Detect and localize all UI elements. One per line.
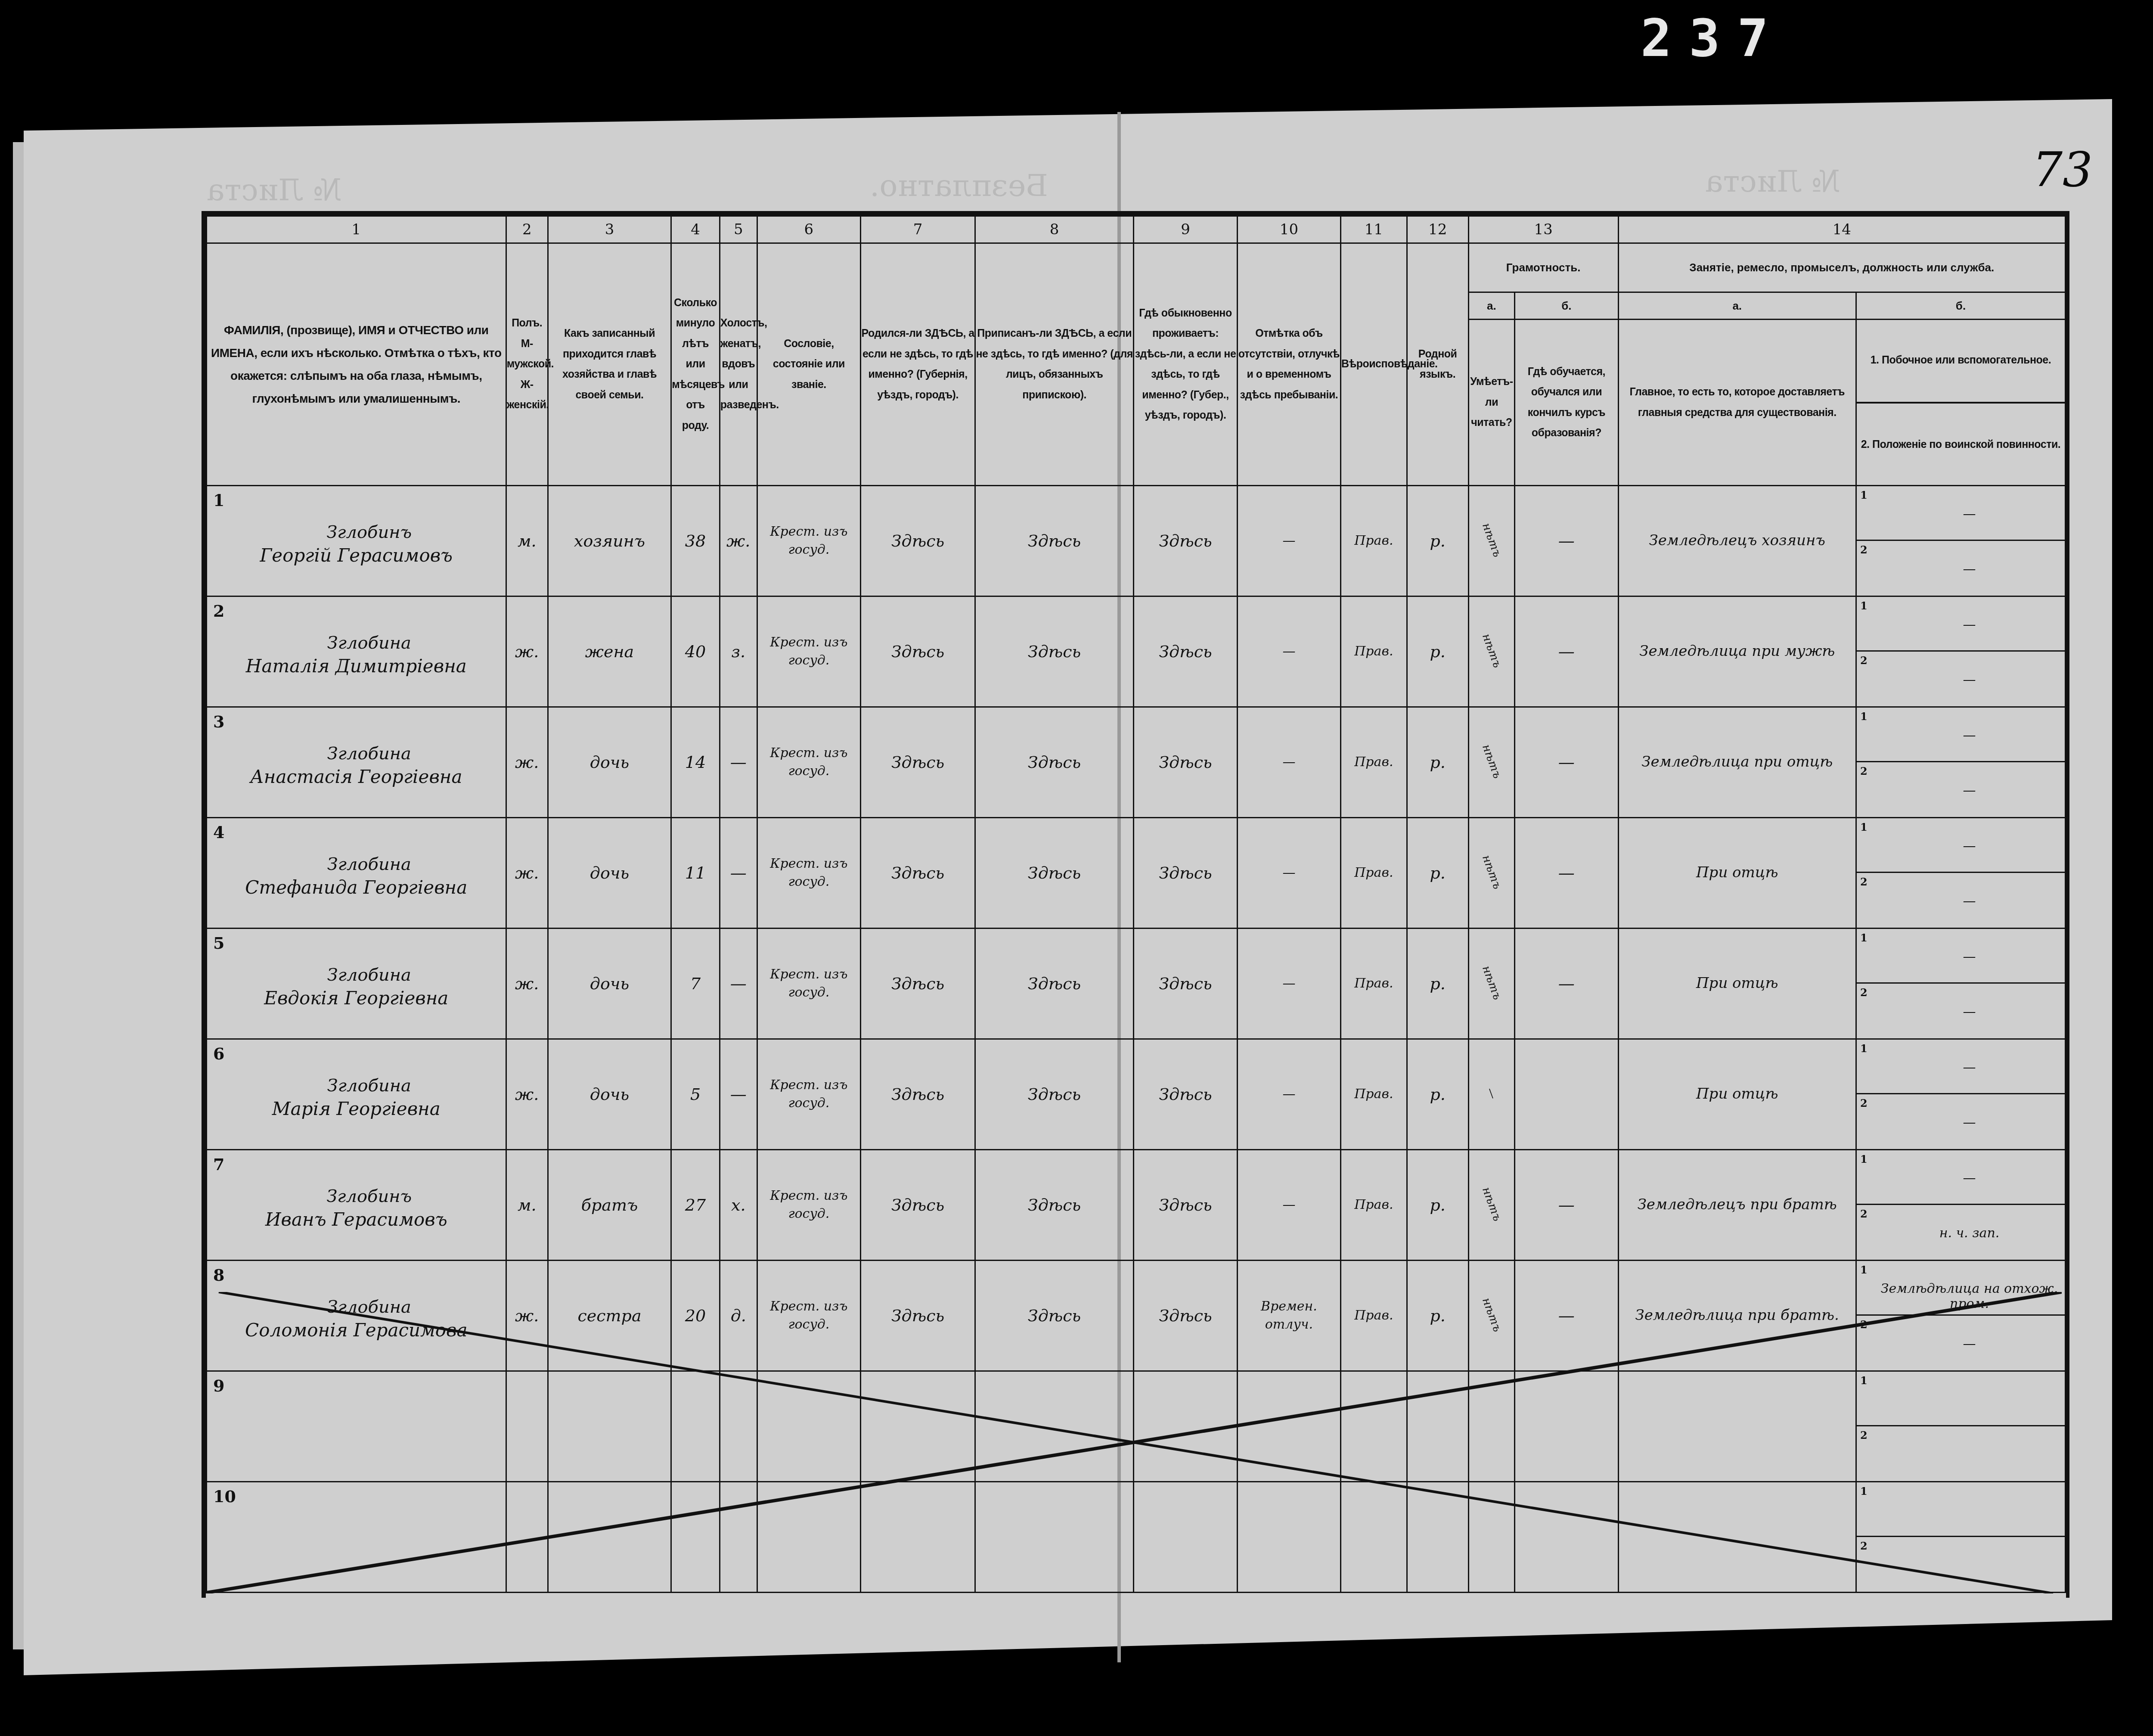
col-num-11: 11 (1341, 216, 1407, 243)
can-read-value: нѣтъ (1480, 964, 1504, 1001)
ghost-print-center: Безплатно. (870, 168, 1048, 203)
row-number: 8 (213, 1265, 224, 1285)
residence-cell: Здѣсь (1134, 818, 1237, 929)
side-occupation-value: — (1878, 506, 2060, 522)
table-row: 4 Зглобина Стефанида Георгіевна ж. дочь … (207, 818, 2066, 929)
header-schooling: Гдѣ обучается, обучался или кончилъ курс… (1515, 320, 1618, 486)
col-num-3: 3 (548, 216, 671, 243)
schooling-cell: — (1515, 818, 1618, 929)
occupation-cell: При отцѣ (1618, 929, 1856, 1039)
can-read-value: нѣтъ (1480, 1185, 1504, 1223)
registered-cell: Здѣсь (975, 1150, 1134, 1261)
military-value: н. ч. зап. (1878, 1226, 2060, 1241)
given-name-patronymic: Анастасія Георгіевна (207, 766, 506, 787)
header-literacy-a-label: а. (1468, 292, 1514, 319)
residence-cell: Здѣсь (1134, 1261, 1237, 1371)
side-occupation-value: — (1878, 1060, 2060, 1075)
military-subcell: 2— (1857, 1316, 2065, 1370)
secondary-cell: 1— 2н. ч. зап. (1856, 1150, 2065, 1261)
header-marital: Холостъ, женатъ, вдовъ или разведенъ. (720, 243, 757, 486)
header-registered: Приписанъ-ли ЗДѢСЬ, а если не здѣсь, то … (975, 243, 1134, 486)
side-occupation-subcell: 1— (1857, 1150, 2065, 1205)
secondary-cell: 1— 2— (1856, 596, 2065, 707)
marital-cell: — (720, 1039, 757, 1150)
age-cell: 27 (671, 1150, 720, 1261)
side-occupation-subcell: 1— (1857, 708, 2065, 762)
row-number: 1 (213, 491, 224, 510)
military-subcell: 2— (1857, 1094, 2065, 1149)
language-cell: р. (1407, 929, 1468, 1039)
age-cell: 7 (671, 929, 720, 1039)
absence-cell: — (1237, 929, 1340, 1039)
empty-cell (1618, 1371, 1856, 1482)
census-form-table: 1 2 3 4 5 6 7 8 9 10 11 12 13 14 ФАМИЛІЯ… (202, 211, 2069, 1598)
empty-cell (861, 1371, 975, 1482)
empty-cell (548, 1371, 671, 1482)
side-occupation-subcell: 1— (1857, 1040, 2065, 1094)
side-occupation-value: Землѣдѣлица на отхож. пром. (1878, 1281, 2060, 1311)
given-name-patronymic: Георгій Герасимовъ (207, 545, 506, 566)
relation-cell: дочь (548, 1039, 671, 1150)
header-literacy-b-label: б. (1515, 292, 1618, 319)
sex-cell: м. (506, 1150, 548, 1261)
residence-cell: Здѣсь (1134, 707, 1237, 818)
side-occupation-subcell: 1— (1857, 818, 2065, 873)
registered-cell: Здѣсь (975, 1039, 1134, 1150)
religion-cell: Прав. (1341, 707, 1407, 818)
absence-cell: — (1237, 1150, 1340, 1261)
given-name-patronymic: Марія Георгіевна (207, 1098, 506, 1119)
occupation-cell: Земледѣлецъ при братѣ (1618, 1150, 1856, 1261)
header-age: Сколько минуло лѣтъ или мѣсяцевъ отъ род… (671, 243, 720, 486)
marital-cell: з. (720, 596, 757, 707)
row-number: 6 (213, 1044, 224, 1063)
side-occupation-value: — (1878, 728, 2060, 743)
col-num-1: 1 (207, 216, 506, 243)
side-occupation-value: — (1878, 838, 2060, 854)
age-cell: 11 (671, 818, 720, 929)
residence-cell: Здѣсь (1134, 929, 1237, 1039)
estate-cell: Крест. изъ госуд. (757, 1150, 860, 1261)
archive-stamp: 237 (1641, 9, 1786, 68)
surname: Зглобина (207, 854, 506, 874)
military-subcell: 2— (1857, 873, 2065, 928)
military-subcell: 2— (1857, 762, 2065, 817)
marital-cell: д. (720, 1261, 757, 1371)
religion-cell: Прав. (1341, 1261, 1407, 1371)
residence-cell: Здѣсь (1134, 1150, 1237, 1261)
ghost-print-right: № Листа (1705, 164, 1840, 199)
empty-cell (1237, 1371, 1340, 1482)
military-value: — (1878, 1336, 2060, 1351)
header-occupation-b-label: б. (1856, 292, 2065, 319)
given-name-patronymic: Стефанида Георгіевна (207, 877, 506, 898)
empty-table-row: 9 1 2 (207, 1371, 2066, 1482)
empty-cell (720, 1371, 757, 1482)
header-religion: Вѣроисповѣданіе. (1341, 243, 1407, 486)
name-cell: 2 Зглобина Наталія Димитріевна (207, 596, 506, 707)
religion-cell: Прав. (1341, 1150, 1407, 1261)
estate-cell: Крест. изъ госуд. (757, 929, 860, 1039)
estate-cell: Крест. изъ госуд. (757, 1261, 860, 1371)
empty-cell (1237, 1482, 1340, 1593)
military-subcell: 2— (1857, 984, 2065, 1038)
header-occupation-a-label: а. (1618, 292, 1856, 319)
name-cell: 9 (207, 1371, 506, 1482)
occupation-cell: При отцѣ (1618, 818, 1856, 929)
name-cell: 3 Зглобина Анастасія Георгіевна (207, 707, 506, 818)
absence-cell: — (1237, 486, 1340, 596)
military-value: — (1878, 783, 2060, 798)
side-occupation-value: — (1878, 949, 2060, 964)
birthplace-cell: Здѣсь (861, 707, 975, 818)
military-value: — (1878, 672, 2060, 687)
table-row: 8 Зглобина Соломонія Герасимова ж. сестр… (207, 1261, 2066, 1371)
schooling-cell: — (1515, 929, 1618, 1039)
estate-cell: Крест. изъ госуд. (757, 818, 860, 929)
header-title-row: ФАМИЛІЯ, (прозвище), ИМЯ и ОТЧЕСТВО или … (207, 243, 2066, 292)
age-cell: 40 (671, 596, 720, 707)
military-subcell: 2— (1857, 541, 2065, 596)
registered-cell: Здѣсь (975, 818, 1134, 929)
absence-cell: — (1237, 1039, 1340, 1150)
can-read-cell: нѣтъ (1468, 1150, 1514, 1261)
empty-cell (506, 1482, 548, 1593)
census-grid: 1 2 3 4 5 6 7 8 9 10 11 12 13 14 ФАМИЛІЯ… (206, 215, 2066, 1593)
name-cell: 10 (207, 1482, 506, 1593)
age-cell: 20 (671, 1261, 720, 1371)
ghost-print-left: № Листа (207, 172, 341, 208)
col-num-2: 2 (506, 216, 548, 243)
marital-cell: — (720, 707, 757, 818)
col-num-5: 5 (720, 216, 757, 243)
surname: Зглобинъ (207, 1186, 506, 1206)
estate-cell: Крест. изъ госуд. (757, 596, 860, 707)
birthplace-cell: Здѣсь (861, 1039, 975, 1150)
relation-cell: дочь (548, 929, 671, 1039)
schooling-cell (1515, 1039, 1618, 1150)
sex-cell: ж. (506, 707, 548, 818)
registered-cell: Здѣсь (975, 1261, 1134, 1371)
can-read-value: нѣтъ (1480, 1296, 1504, 1333)
can-read-value: нѣтъ (1480, 632, 1504, 669)
table-row: 6 Зглобина Марія Георгіевна ж. дочь 5 — … (207, 1039, 2066, 1150)
marital-cell: — (720, 929, 757, 1039)
birthplace-cell: Здѣсь (861, 929, 975, 1039)
col-num-7: 7 (861, 216, 975, 243)
table-row: 1 Зглобинъ Георгій Герасимовъ м. хозяинъ… (207, 486, 2066, 596)
table-row: 7 Зглобинъ Иванъ Герасимовъ м. братъ 27 … (207, 1150, 2066, 1261)
schooling-cell: — (1515, 596, 1618, 707)
col-num-10: 10 (1237, 216, 1340, 243)
age-cell: 38 (671, 486, 720, 596)
registered-cell: Здѣсь (975, 486, 1134, 596)
occupation-cell: Земледѣлецъ хозяинъ (1618, 486, 1856, 596)
header-residence: Гдѣ обыкновенно проживаетъ: здѣсь-ли, а … (1134, 243, 1237, 486)
can-read-cell: нѣтъ (1468, 596, 1514, 707)
military-subcell: 2н. ч. зап. (1857, 1205, 2065, 1260)
table-row: 5 Зглобина Евдокія Георгіевна ж. дочь 7 … (207, 929, 2066, 1039)
empty-cell (975, 1482, 1134, 1593)
marital-cell: — (720, 818, 757, 929)
relation-cell: дочь (548, 707, 671, 818)
col-num-12: 12 (1407, 216, 1468, 243)
estate-cell: Крест. изъ госуд. (757, 1039, 860, 1150)
can-read-cell: — (1468, 1039, 1514, 1150)
empty-cell (720, 1482, 757, 1593)
absence-cell: Времен. отлуч. (1237, 1261, 1340, 1371)
header-sex: Полъ. М-мужской. Ж-женскій. (506, 243, 548, 486)
occupation-cell: Земледѣлица при мужѣ (1618, 596, 1856, 707)
row-number: 3 (213, 712, 224, 731)
column-number-row: 1 2 3 4 5 6 7 8 9 10 11 12 13 14 (207, 216, 2066, 243)
sex-cell: ж. (506, 929, 548, 1039)
can-read-cell: нѣтъ (1468, 486, 1514, 596)
row-number: 10 (213, 1487, 236, 1506)
registered-cell: Здѣсь (975, 707, 1134, 818)
sex-cell: ж. (506, 818, 548, 929)
empty-table-row: 10 1 2 (207, 1482, 2066, 1593)
age-cell: 14 (671, 707, 720, 818)
given-name-patronymic: Евдокія Георгіевна (207, 988, 506, 1009)
schooling-cell: — (1515, 707, 1618, 818)
can-read-cell: нѣтъ (1468, 818, 1514, 929)
can-read-value: нѣтъ (1480, 853, 1504, 891)
row-number: 2 (213, 601, 224, 621)
surname: Зглобина (207, 1076, 506, 1096)
empty-cell (548, 1482, 671, 1593)
header-secondary: 1. Побочное или вспомогательное. 2. Поло… (1856, 320, 2065, 486)
col-num-6: 6 (757, 216, 860, 243)
language-cell: р. (1407, 1039, 1468, 1150)
can-read-value: нѣтъ (1480, 742, 1504, 780)
military-value: — (1878, 894, 2060, 909)
surname: Зглобинъ (207, 522, 506, 542)
sex-cell: ж. (506, 1261, 548, 1371)
header-literacy: Грамотность. (1468, 243, 1618, 292)
secondary-cell: 1 2 (1856, 1371, 2065, 1482)
schooling-cell: — (1515, 486, 1618, 596)
can-read-value: нѣтъ (1480, 521, 1504, 559)
residence-cell: Здѣсь (1134, 486, 1237, 596)
language-cell: р. (1407, 486, 1468, 596)
empty-cell (1515, 1371, 1618, 1482)
row-number: 7 (213, 1155, 224, 1174)
surname: Зглобина (207, 744, 506, 764)
language-cell: р. (1407, 1261, 1468, 1371)
residence-cell: Здѣсь (1134, 596, 1237, 707)
secondary-cell: 1— 2— (1856, 929, 2065, 1039)
name-cell: 7 Зглобинъ Иванъ Герасимовъ (207, 1150, 506, 1261)
marital-cell: ж. (720, 486, 757, 596)
name-cell: 8 Зглобина Соломонія Герасимова (207, 1261, 506, 1371)
sex-cell: ж. (506, 596, 548, 707)
name-cell: 6 Зглобина Марія Георгіевна (207, 1039, 506, 1150)
military-subcell: 2— (1857, 652, 2065, 706)
header-military-status: 2. Положеніе по воинской повинности. (1857, 404, 2065, 486)
empty-cell (1407, 1482, 1468, 1593)
header-birthplace: Родился-ли ЗДѢСЬ, а если не здѣсь, то гд… (861, 243, 975, 486)
side-occupation-subcell: 1— (1857, 929, 2065, 984)
empty-cell (757, 1371, 860, 1482)
name-cell: 5 Зглобина Евдокія Георгіевна (207, 929, 506, 1039)
relation-cell: дочь (548, 818, 671, 929)
can-read-cell: нѣтъ (1468, 1261, 1514, 1371)
empty-cell (1468, 1482, 1514, 1593)
empty-cell (1134, 1482, 1237, 1593)
occupation-cell: Земледѣлица при отцѣ (1618, 707, 1856, 818)
secondary-cell: 1Землѣдѣлица на отхож. пром. 2— (1856, 1261, 2065, 1371)
can-read-cell: нѣтъ (1468, 929, 1514, 1039)
military-value: — (1878, 1115, 2060, 1130)
col-num-9: 9 (1134, 216, 1237, 243)
empty-cell (1341, 1482, 1407, 1593)
header-main-occupation: Главное, то есть то, которое доставляетъ… (1618, 320, 1856, 486)
registered-cell: Здѣсь (975, 596, 1134, 707)
estate-cell: Крест. изъ госуд. (757, 707, 860, 818)
absence-cell: — (1237, 707, 1340, 818)
religion-cell: Прав. (1341, 1039, 1407, 1150)
secondary-cell: 1— 2— (1856, 818, 2065, 929)
row-number: 4 (213, 823, 224, 842)
empty-cell (671, 1482, 720, 1593)
row-number: 9 (213, 1376, 224, 1395)
language-cell: р. (1407, 818, 1468, 929)
col-num-8: 8 (975, 216, 1134, 243)
header-relation: Какъ записанный приходится главѣ хозяйст… (548, 243, 671, 486)
header-side-occupation: 1. Побочное или вспомогательное. (1857, 319, 2065, 403)
empty-cell (1515, 1482, 1618, 1593)
side-occupation-subcell: 1— (1857, 597, 2065, 652)
header-can-read: Умѣетъ-ли читать? (1468, 320, 1514, 486)
header-occupation: Занятіе, ремесло, промыселъ, должность и… (1618, 243, 2065, 292)
surname: Зглобина (207, 1297, 506, 1317)
given-name-patronymic: Наталія Димитріевна (207, 655, 506, 677)
language-cell: р. (1407, 707, 1468, 818)
name-cell: 1 Зглобинъ Георгій Герасимовъ (207, 486, 506, 596)
table-row: 2 Зглобина Наталія Димитріевна ж. жена 4… (207, 596, 2066, 707)
relation-cell: сестра (548, 1261, 671, 1371)
secondary-cell: 1— 2— (1856, 486, 2065, 596)
empty-cell (1468, 1371, 1514, 1482)
birthplace-cell: Здѣсь (861, 1261, 975, 1371)
military-value: — (1878, 562, 2060, 577)
schooling-cell: — (1515, 1150, 1618, 1261)
given-name-patronymic: Иванъ Герасимовъ (207, 1209, 506, 1230)
occupation-cell: При отцѣ (1618, 1039, 1856, 1150)
side-occupation-value: — (1878, 617, 2060, 632)
religion-cell: Прав. (1341, 818, 1407, 929)
occupation-cell: Земледѣлица при братѣ. (1618, 1261, 1856, 1371)
military-value: — (1878, 1004, 2060, 1019)
residence-cell: Здѣсь (1134, 1039, 1237, 1150)
table-row: 3 Зглобина Анастасія Георгіевна ж. дочь … (207, 707, 2066, 818)
absence-cell: — (1237, 596, 1340, 707)
religion-cell: Прав. (1341, 929, 1407, 1039)
empty-cell (1341, 1371, 1407, 1482)
estate-cell: Крест. изъ госуд. (757, 486, 860, 596)
religion-cell: Прав. (1341, 596, 1407, 707)
schooling-cell: — (1515, 1261, 1618, 1371)
religion-cell: Прав. (1341, 486, 1407, 596)
empty-cell (1618, 1482, 1856, 1593)
absence-cell: — (1237, 818, 1340, 929)
relation-cell: жена (548, 596, 671, 707)
registered-cell: Здѣсь (975, 929, 1134, 1039)
side-occupation-subcell: 1Землѣдѣлица на отхож. пром. (1857, 1261, 2065, 1316)
row-number: 5 (213, 933, 224, 953)
relation-cell: хозяинъ (548, 486, 671, 596)
sex-cell: ж. (506, 1039, 548, 1150)
empty-cell (1407, 1371, 1468, 1482)
age-cell: 5 (671, 1039, 720, 1150)
col-num-4: 4 (671, 216, 720, 243)
secondary-cell: 1— 2— (1856, 1039, 2065, 1150)
birthplace-cell: Здѣсь (861, 818, 975, 929)
col-num-13: 13 (1468, 216, 1618, 243)
name-cell: 4 Зглобина Стефанида Георгіевна (207, 818, 506, 929)
empty-cell (975, 1371, 1134, 1482)
surname: Зглобина (207, 965, 506, 985)
secondary-cell: 1— 2— (1856, 707, 2065, 818)
surname: Зглобина (207, 633, 506, 653)
birthplace-cell: Здѣсь (861, 486, 975, 596)
can-read-cell: нѣтъ (1468, 707, 1514, 818)
secondary-cell: 1 2 (1856, 1482, 2065, 1593)
birthplace-cell: Здѣсь (861, 1150, 975, 1261)
col-num-14: 14 (1618, 216, 2065, 243)
language-cell: р. (1407, 596, 1468, 707)
side-occupation-subcell: 1— (1857, 486, 2065, 541)
relation-cell: братъ (548, 1150, 671, 1261)
header-estate: Сословіе, состояніе или званіе. (757, 243, 860, 486)
side-occupation-value: — (1878, 1171, 2060, 1186)
header-absence: Отмѣтка объ отсутствіи, отлучкѣ и о врем… (1237, 243, 1340, 486)
empty-cell (757, 1482, 860, 1593)
empty-cell (506, 1371, 548, 1482)
can-read-value: — (1483, 1086, 1499, 1101)
marital-cell: х. (720, 1150, 757, 1261)
sheet-number: 73 (2032, 142, 2093, 197)
empty-cell (861, 1482, 975, 1593)
empty-cell (1134, 1371, 1237, 1482)
language-cell: р. (1407, 1150, 1468, 1261)
birthplace-cell: Здѣсь (861, 596, 975, 707)
header-name: ФАМИЛІЯ, (прозвище), ИМЯ и ОТЧЕСТВО или … (207, 243, 506, 486)
given-name-patronymic: Соломонія Герасимова (207, 1320, 506, 1341)
empty-cell (671, 1371, 720, 1482)
sex-cell: м. (506, 486, 548, 596)
